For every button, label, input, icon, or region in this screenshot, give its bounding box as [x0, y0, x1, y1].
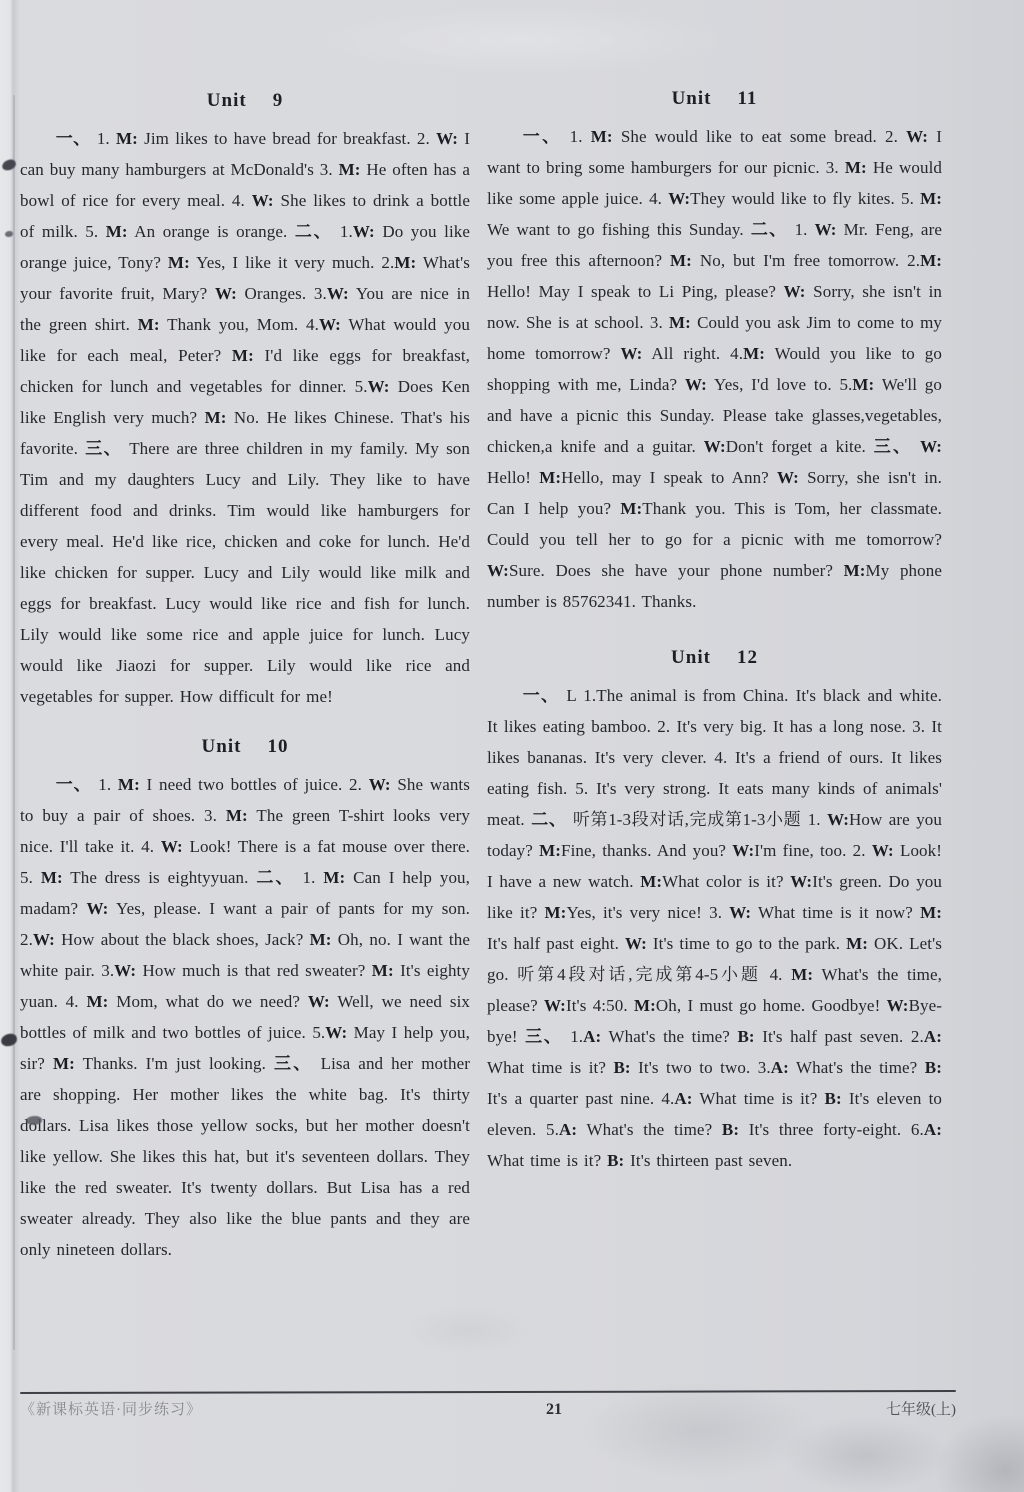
- unit-10-heading: Unit10: [20, 736, 470, 758]
- unit-12-heading: Unit12: [487, 647, 942, 669]
- left-column: Unit9 一、 1. M: Jim likes to have bread f…: [20, 90, 470, 1265]
- ink-smudge: [26, 1116, 42, 1125]
- ink-smudge: [0, 1032, 18, 1047]
- unit-label: Unit: [671, 647, 711, 668]
- unit-number: 12: [737, 647, 758, 668]
- section-unit-12: Unit12 一、 L 1.The animal is from China. …: [487, 647, 942, 1176]
- footer-divider: [20, 1390, 956, 1394]
- unit-9-heading: Unit9: [20, 90, 470, 112]
- unit-number: 11: [737, 88, 757, 109]
- unit-label: Unit: [207, 90, 247, 111]
- unit-label: Unit: [202, 736, 242, 757]
- unit-number: 10: [267, 736, 288, 757]
- page-number: 21: [546, 1401, 562, 1419]
- section-unit-10: Unit10 一、 1. M: I need two bottles of ju…: [20, 736, 470, 1265]
- section-unit-9: Unit9 一、 1. M: Jim likes to have bread f…: [20, 90, 470, 712]
- unit-10-listening-script: 一、 1. M: I need two bottles of juice. 2.…: [20, 769, 470, 1265]
- unit-12-listening-script: 一、 L 1.The animal is from China. It's bl…: [487, 680, 942, 1176]
- unit-11-listening-script: 一、 1. M: She would like to eat some brea…: [487, 121, 942, 617]
- unit-number: 9: [273, 90, 284, 111]
- book-series-title: 《新课标英语·同步练习》: [20, 1398, 202, 1419]
- page-footer: 《新课标英语·同步练习》 21 七年级(上): [20, 1398, 956, 1419]
- right-column: Unit11 一、 1. M: She would like to eat so…: [487, 88, 942, 1176]
- section-unit-11: Unit11 一、 1. M: She would like to eat so…: [487, 88, 942, 617]
- unit-11-heading: Unit11: [487, 88, 942, 110]
- ink-smudge: [5, 231, 13, 237]
- unit-9-listening-script: 一、 1. M: Jim likes to have bread for bre…: [20, 123, 470, 712]
- grade-label: 七年级(上): [886, 1398, 956, 1419]
- paper-crease: [13, 95, 15, 1350]
- unit-label: Unit: [672, 88, 712, 109]
